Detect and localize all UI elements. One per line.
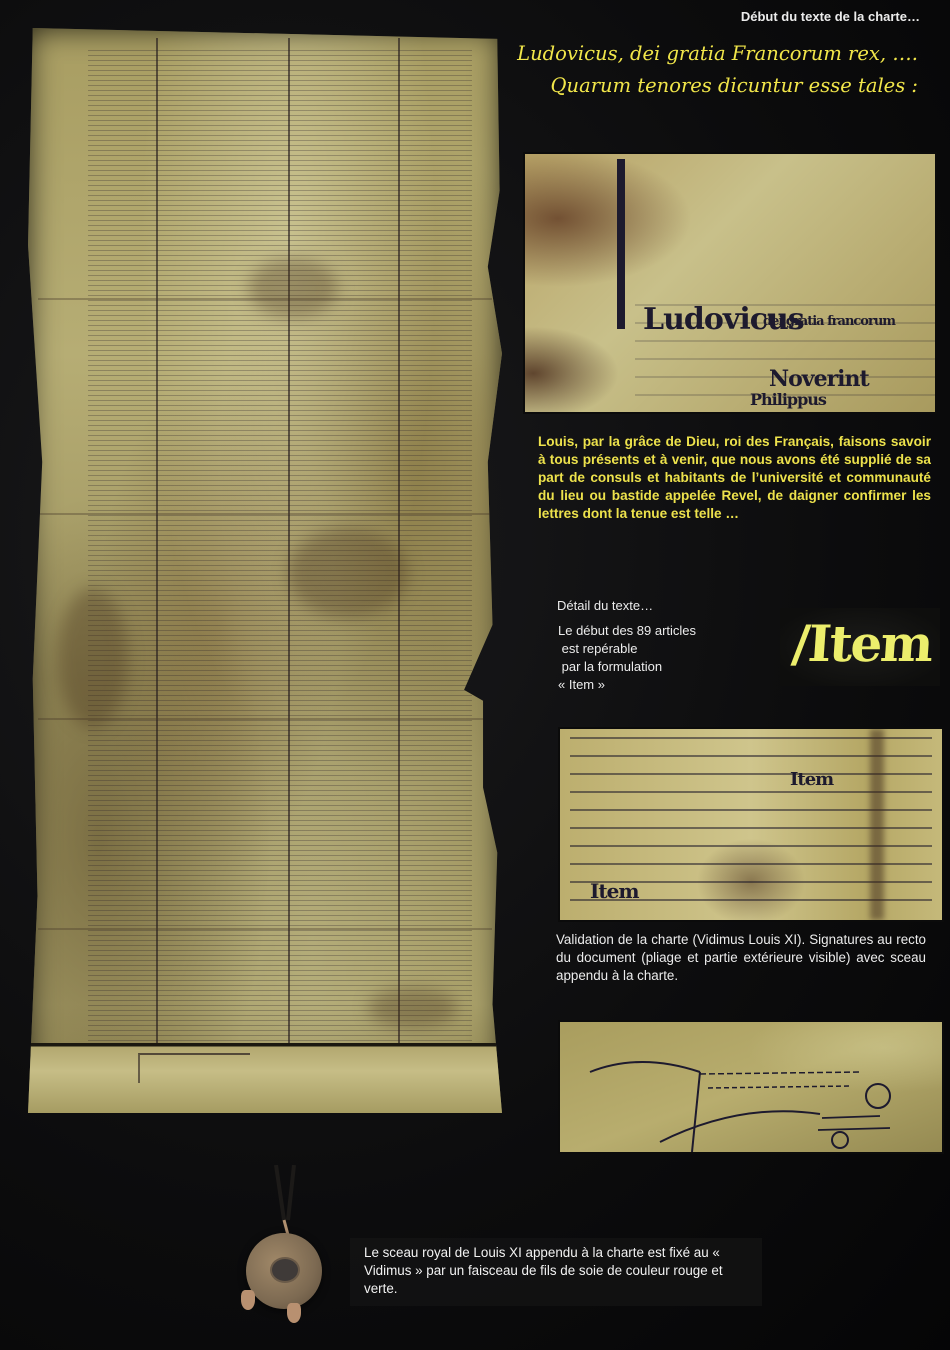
items-closeup-photo: Item Item <box>560 729 942 920</box>
charter-bottom-fold <box>28 1043 502 1113</box>
signatures-closeup-photo <box>560 1022 942 1152</box>
detail-body: Le début des 89 articles est repérable p… <box>558 622 696 694</box>
seal-tassel <box>241 1290 255 1310</box>
fold-line <box>38 928 492 930</box>
seal-cords-icon <box>272 1165 302 1235</box>
incipit-closeup-photo: Ludovicus dei gratia francorum Noverint … <box>525 154 935 412</box>
detail-title: Détail du texte… <box>557 598 653 613</box>
latin-line-1: Ludovicus, dei gratia Francorum rex, …. <box>498 38 918 70</box>
item-glyph-badge: /Item <box>780 608 940 686</box>
signature-strokes-icon <box>560 1022 942 1152</box>
item-glyph: /Item <box>790 614 934 673</box>
script-word: dei gratia francorum <box>763 314 895 329</box>
fold-line <box>38 513 492 515</box>
item-marker: Item <box>790 769 833 790</box>
script-word: Philippus <box>750 390 826 409</box>
charter-text-lines <box>88 50 472 1043</box>
seal-caption: Le sceau royal de Louis XI appendu à la … <box>350 1238 762 1306</box>
translation-paragraph: Louis, par la grâce de Dieu, roi des Fra… <box>538 433 931 523</box>
seal-tassel <box>287 1303 301 1323</box>
latin-incipit: Ludovicus, dei gratia Francorum rex, …. … <box>498 38 918 102</box>
stain <box>248 258 338 318</box>
item-marker: Item <box>590 879 638 903</box>
validation-paragraph: Validation de la charte (Vidimus Louis X… <box>556 931 926 985</box>
script-word: Noverint <box>769 366 869 392</box>
initial-L-stroke <box>617 159 625 329</box>
latin-line-2: Quarum tenores dicuntur esse tales : <box>498 70 918 102</box>
stain <box>368 988 458 1028</box>
charter-parchment-image <box>28 28 502 1113</box>
royal-seal <box>246 1233 322 1309</box>
fold-line <box>288 38 290 1073</box>
section-heading: Début du texte de la charte… <box>741 9 920 24</box>
stain <box>288 528 408 618</box>
stain <box>58 588 128 728</box>
signature-scribble <box>138 1053 250 1083</box>
fold-line <box>156 38 158 1073</box>
